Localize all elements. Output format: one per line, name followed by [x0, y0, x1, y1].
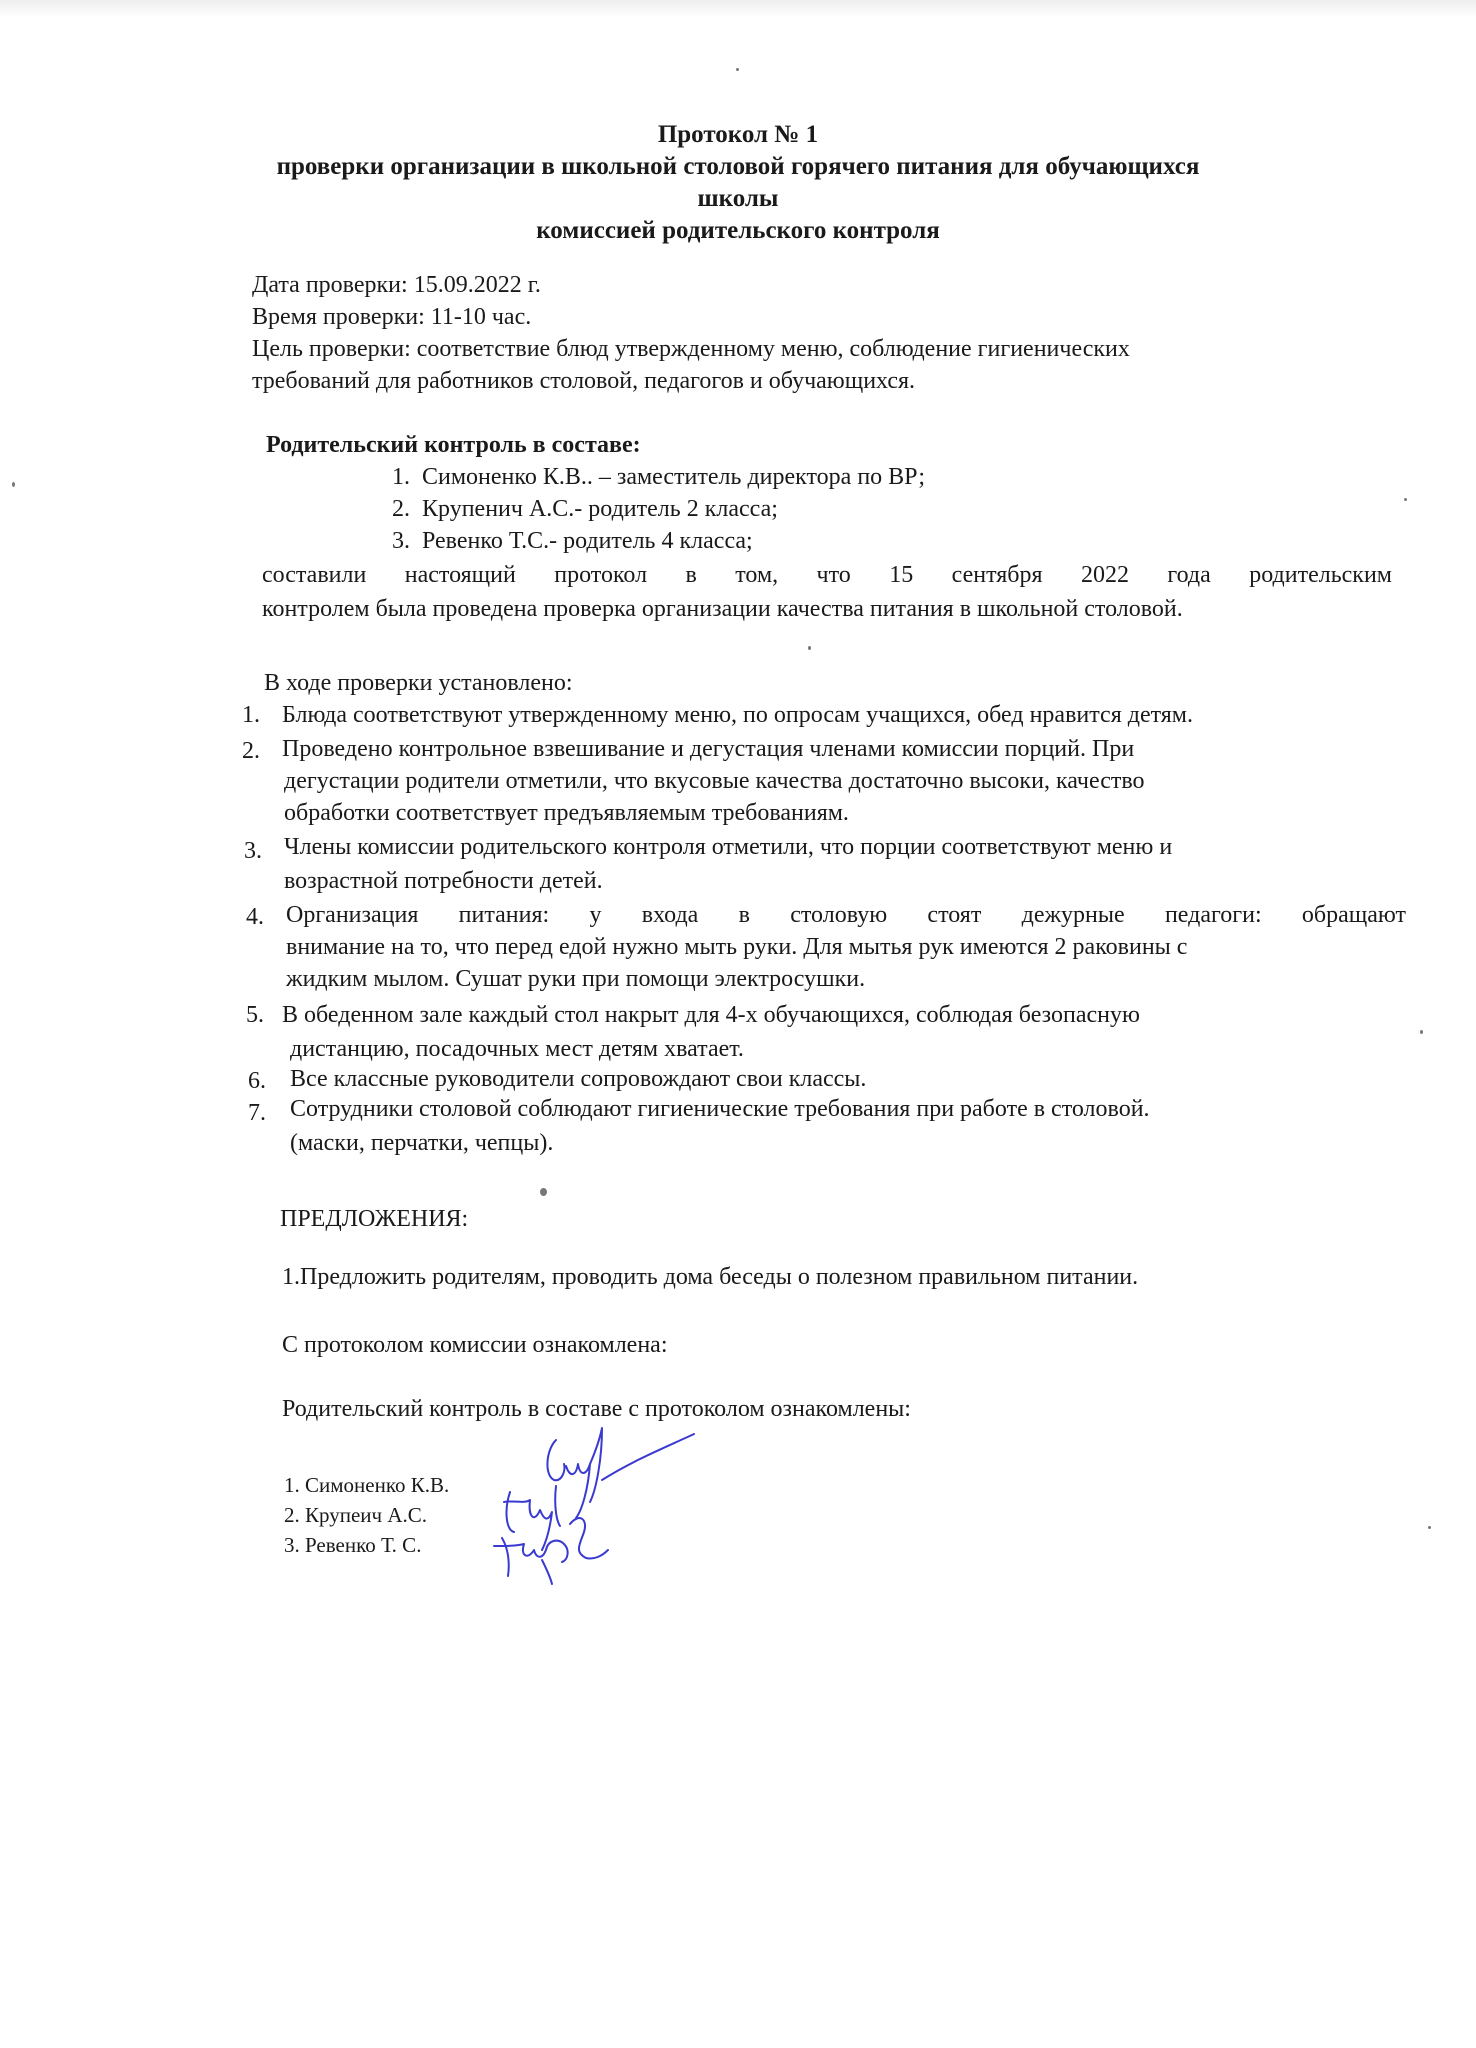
findings-heading: В ходе проверки установлено: — [264, 668, 573, 698]
finding-line: внимание на то, что перед едой нужно мыт… — [286, 932, 1187, 962]
finding-line: Организация питания: у входа в столовую … — [286, 900, 1406, 930]
document-title: Протокол № 1 — [0, 120, 1476, 150]
committee-member-num: 3. — [392, 526, 410, 556]
inspection-time: Время проверки: 11-10 час. — [252, 302, 531, 332]
finding-num: 7. — [248, 1098, 266, 1128]
finding-line: дегустации родители отметили, что вкусов… — [284, 766, 1145, 796]
finding-line: Сотрудники столовой соблюдают гигиеничес… — [290, 1094, 1150, 1124]
finding-num: 6. — [248, 1066, 266, 1096]
scan-speck — [808, 646, 811, 650]
finding-line: Все классные руководители сопровождают с… — [290, 1064, 866, 1094]
committee-member: Ревенко Т.С.- родитель 4 класса; — [422, 526, 753, 556]
finding-line: (маски, перчатки, чепцы). — [290, 1128, 553, 1158]
scan-speck — [1404, 498, 1407, 501]
finding-line: В обеденном зале каждый стол накрыт для … — [282, 1000, 1140, 1030]
committee-member-num: 2. — [392, 494, 410, 524]
committee-member: Симоненко К.В.. – заместитель директора … — [422, 462, 925, 492]
scan-edge — [0, 0, 1476, 18]
document-subtitle-line3: комиссией родительского контроля — [0, 216, 1476, 246]
finding-num: 2. — [242, 736, 260, 766]
committee-heading: Родительский контроль в составе: — [266, 430, 641, 460]
statement-line2: контролем была проведена проверка органи… — [262, 594, 1183, 624]
finding-num: 4. — [246, 902, 264, 932]
finding-line: жидким мылом. Сушат руки при помощи элек… — [286, 964, 865, 994]
finding-line: Члены комиссии родительского контроля от… — [284, 832, 1172, 862]
inspection-goal-line2: требований для работников столовой, педа… — [252, 366, 915, 396]
proposals-heading: ПРЕДЛОЖЕНИЯ: — [280, 1204, 468, 1234]
signatory-name: 3. Ревенко Т. С. — [284, 1530, 421, 1560]
finding-line: обработки соответствует предъявляемым тр… — [284, 798, 849, 828]
proposal-item: 1.Предложить родителям, проводить дома б… — [282, 1262, 1138, 1292]
committee-member-num: 1. — [392, 462, 410, 492]
inspection-goal-line1: Цель проверки: соответствие блюд утвержд… — [252, 334, 1130, 364]
finding-line: Проведено контрольное взвешивание и дегу… — [282, 734, 1134, 764]
signatory-name: 2. Крупеич А.С. — [284, 1500, 427, 1530]
handwritten-signature-icon — [484, 1420, 724, 1590]
finding-line: Блюда соответствуют утвержденному меню, … — [282, 700, 1193, 730]
scan-speck — [1428, 1526, 1431, 1529]
inspection-date: Дата проверки: 15.09.2022 г. — [252, 270, 541, 300]
finding-num: 3. — [244, 836, 262, 866]
document-subtitle-line2: школы — [0, 184, 1476, 214]
scan-speck — [736, 68, 739, 71]
scan-speck — [12, 482, 15, 487]
statement-line1: составили настоящий протокол в том, что … — [262, 560, 1392, 590]
finding-line: возрастной потребности детей. — [284, 866, 603, 896]
scan-speck — [540, 1188, 547, 1196]
acknowledged-line: С протоколом комиссии ознакомлена: — [282, 1330, 668, 1360]
committee-member: Крупенич А.С.- родитель 2 класса; — [422, 494, 778, 524]
scan-speck — [1420, 1030, 1423, 1034]
scanned-document-page: Протокол № 1 проверки организации в школ… — [0, 0, 1476, 2048]
finding-line: дистанцию, посадочных мест детям хватает… — [290, 1034, 744, 1064]
finding-num: 5. — [246, 1000, 264, 1030]
finding-num: 1. — [242, 700, 260, 730]
document-subtitle-line1: проверки организации в школьной столовой… — [0, 152, 1476, 182]
signatory-name: 1. Симоненко К.В. — [284, 1470, 449, 1500]
